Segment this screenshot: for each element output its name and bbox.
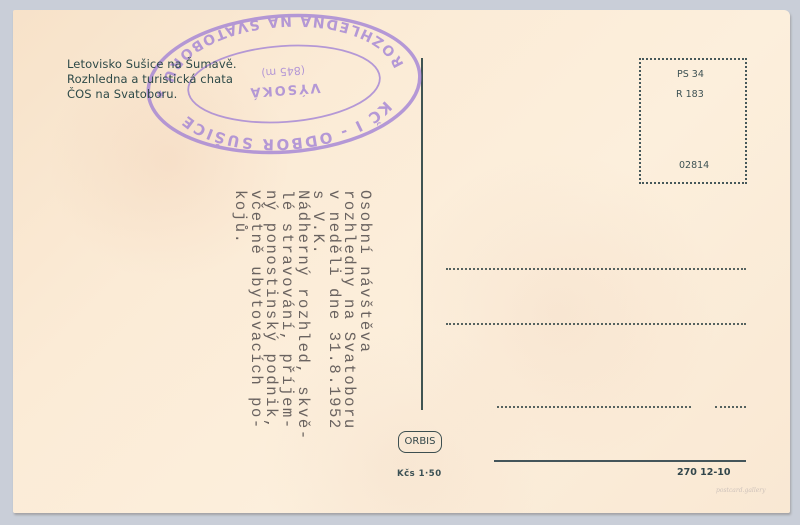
postcode-line [715, 406, 746, 408]
message-line: Nádherný rozhled, skvě- [294, 190, 310, 510]
message-line: včetně ubytovacích po- [247, 190, 263, 510]
stamp-outer-top: KČ I - ODBOR SUŠICE [176, 97, 397, 161]
address-line-3 [497, 406, 691, 408]
message-line: lé stravování, příjem- [278, 190, 294, 510]
message-line: Osobní návštěva [356, 190, 372, 510]
address-underline [494, 460, 746, 462]
stamp-box-number: 02814 [679, 160, 709, 171]
price-label: Kčs 1·50 [397, 469, 442, 479]
caption-line-3: ČOS na Svatoboru. [67, 87, 237, 102]
stamp-inner-line2: (845 m) [261, 64, 306, 80]
message-line: v neděli dne 31.8.1952 [325, 190, 341, 510]
address-line-2 [446, 323, 746, 325]
stamp-inner-line1: VÝSOKÁ [248, 79, 321, 100]
print-code: 270 12-10 [677, 467, 731, 478]
message-line: s V.K. [310, 190, 326, 510]
svg-text:KČ I - ODBOR SUŠICE: KČ I - ODBOR SUŠICE [176, 97, 397, 161]
stamp-box-code-ps: PS 34 [677, 69, 704, 80]
message-line: rozhledny na Svatoboru [341, 190, 357, 510]
stamp-box-code-r: R 183 [676, 89, 704, 100]
watermark: postcard.gallery [716, 487, 766, 494]
postcard-back: KČ I - ODBOR SUŠICE ROZHLEDNA NA SVATOBO… [13, 10, 790, 513]
typed-message: Osobní návštěva rozhledny na Svatoboru v… [232, 190, 372, 510]
caption-line-1: Letovisko Sušice na Šumavě. [67, 57, 237, 72]
address-line-1 [446, 268, 746, 270]
message-line: ný ponostinský podnik, [263, 190, 279, 510]
orbis-logo: ORBIS [398, 431, 442, 453]
caption-line-2: Rozhledna a turistická chata [67, 72, 237, 87]
postage-stamp-box: PS 34 R 183 02814 [639, 58, 747, 184]
message-line: kojů. [232, 190, 248, 510]
postcard-caption: Letovisko Sušice na Šumavě. Rozhledna a … [67, 57, 237, 102]
